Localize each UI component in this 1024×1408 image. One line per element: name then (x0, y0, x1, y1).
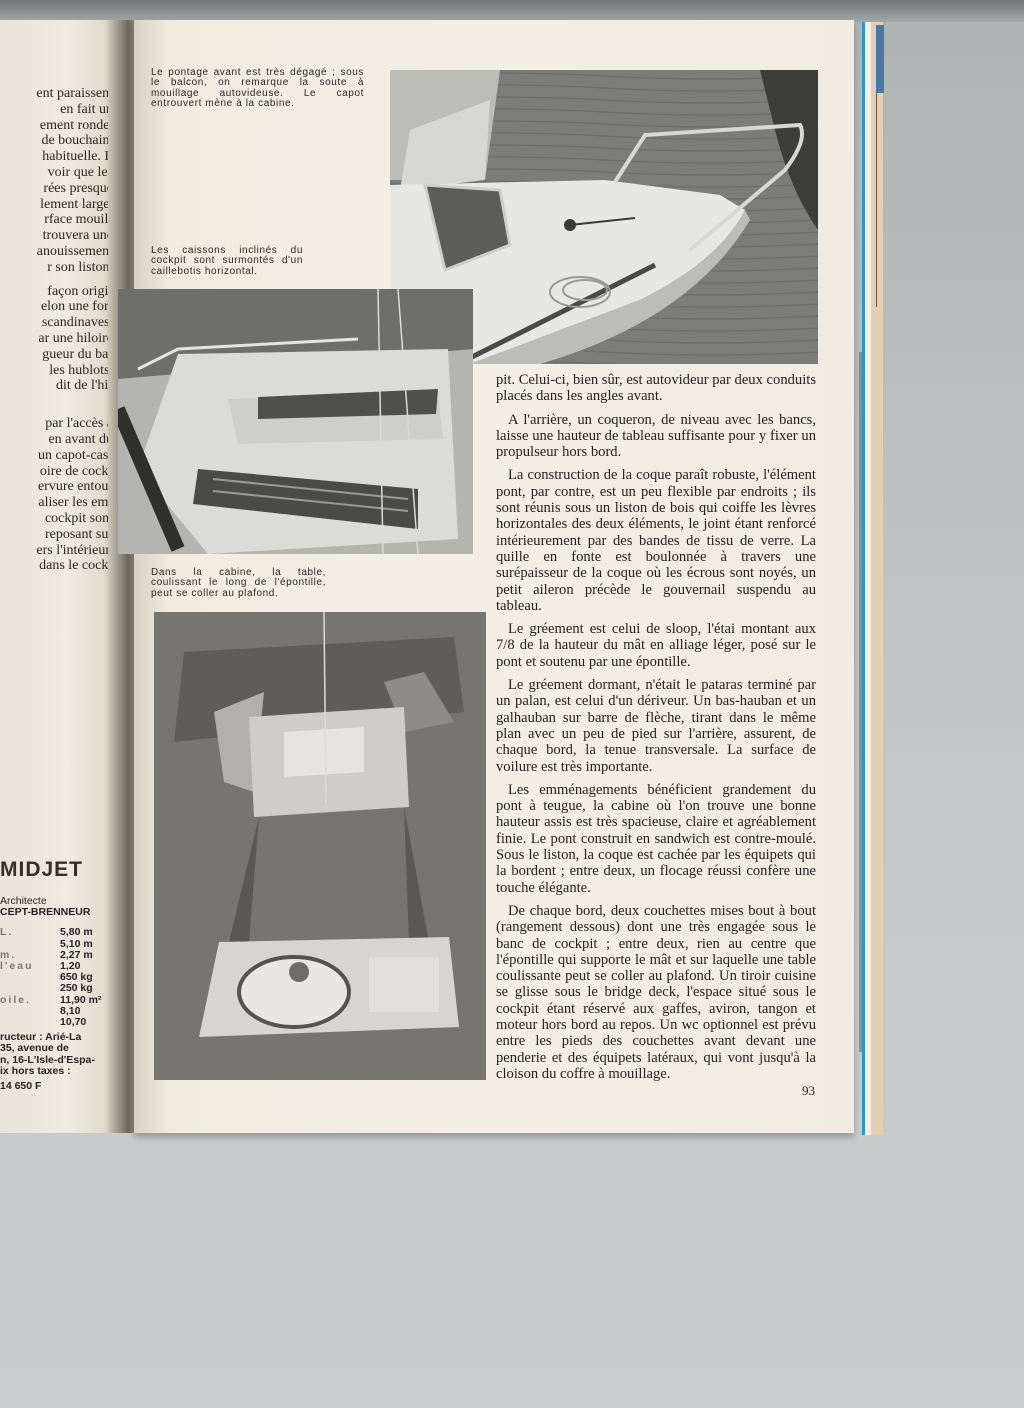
spec-row: 8,10 (0, 1006, 112, 1017)
text-line: ers l'intérieur, (0, 543, 113, 559)
text-line: trouvera une (0, 228, 113, 244)
article-body: pit. Celui-ci, bien sûr, est autovideur … (496, 372, 816, 1089)
paragraph: pit. Celui-ci, bien sûr, est autovideur … (496, 372, 816, 405)
text-line: elon une for- (0, 299, 113, 315)
caption-deck-photo: Le pontage avant est très dégagé ; sous … (151, 68, 364, 110)
text-line: oire de cock- (0, 464, 113, 480)
spec-sheet: Architecte CEPT-BRENNEUR L.5,80 m 5,10 m… (0, 896, 112, 1092)
paragraph: Le gréement est celui de sloop, l'étai m… (496, 621, 816, 670)
text-line: ent paraissent (0, 86, 113, 102)
spec-row: L.5,80 m (0, 927, 112, 938)
text-line: voir que les (0, 165, 113, 181)
text-line: dans le cock- (0, 558, 113, 574)
text-line: les hublots. (0, 363, 113, 379)
spec-row: oile.11,90 m² (0, 995, 112, 1006)
cockpit-image (118, 289, 473, 554)
text-line: r son liston. (0, 260, 113, 276)
text-line: en fait un (0, 102, 113, 118)
constructor-line: 35, avenue de (0, 1043, 112, 1054)
caption-cabin-photo: Dans la cabine, la table, coulissant le … (151, 568, 326, 599)
text-line: anouissement (0, 244, 113, 260)
text-line: façon origi- (0, 284, 113, 300)
spec-value: 5,80 m (60, 927, 112, 938)
page-number: 93 (802, 1083, 815, 1099)
text-line: ement ronde, (0, 118, 113, 134)
text-line: dit de l'hi- (0, 378, 113, 394)
text-line: gueur du ba- (0, 347, 113, 363)
paragraph: Les emménagements bénéficient grandement… (496, 782, 816, 896)
text-line: de bouchain. (0, 133, 113, 149)
paragraph: A l'arrière, un coqueron, de niveau avec… (496, 412, 816, 461)
text-line: un capot-cas- (0, 448, 113, 464)
text-line: par l'accès à (0, 416, 113, 432)
text-line: cockpit sont (0, 511, 113, 527)
paragraph: La construction de la coque paraît robus… (496, 467, 816, 614)
cabin-image (154, 612, 486, 1080)
constructor-line: ix hors taxes : (0, 1066, 112, 1077)
boat-name-heading: MIDJET (0, 858, 83, 882)
text-line: rées presque (0, 181, 113, 197)
text-line: reposant sur (0, 527, 113, 543)
paragraph: Le gréement dormant, n'était le pataras … (496, 677, 816, 775)
text-line: rface mouil- (0, 212, 113, 228)
spec-row: 10,70 (0, 1017, 112, 1028)
spec-value: 10,70 (60, 1017, 112, 1028)
text-line: scandinaves, (0, 315, 113, 331)
text-line: habituelle. Il (0, 149, 113, 165)
price: 14 650 F (0, 1081, 112, 1092)
constructor-info: ructeur : Arié-La 35, avenue de n, 16-L'… (0, 1032, 112, 1092)
paragraph: De chaque bord, deux couchettes mises bo… (496, 903, 816, 1082)
left-page-column: ent paraissent en fait un ement ronde, d… (0, 86, 113, 574)
text-line: en avant du (0, 432, 113, 448)
spec-row: 250 kg (0, 983, 112, 994)
spec-value: 250 kg (60, 983, 112, 994)
text-line: lement large, (0, 197, 113, 213)
page-edges (854, 22, 884, 1135)
photo-cockpit (118, 289, 473, 554)
scanner-background-top (0, 0, 1024, 22)
blue-tab-marker (876, 25, 884, 93)
architect-name: CEPT-BRENNEUR (0, 907, 112, 918)
spec-row: l'eau1,20 (0, 961, 112, 972)
spec-row: 650 kg (0, 972, 112, 983)
text-line: ar une hiloire (0, 331, 113, 347)
text-line: aliser les em- (0, 495, 113, 511)
text-line: ervure entou- (0, 479, 113, 495)
blue-page-edge (862, 22, 865, 1135)
left-page: ent paraissent en fait un ement ronde, d… (0, 20, 122, 1133)
caption-cockpit-photo: Les caissons inclinés du cockpit sont su… (151, 246, 303, 277)
spec-row: 5,10 m (0, 939, 112, 950)
photo-cabin-interior (154, 612, 486, 1080)
